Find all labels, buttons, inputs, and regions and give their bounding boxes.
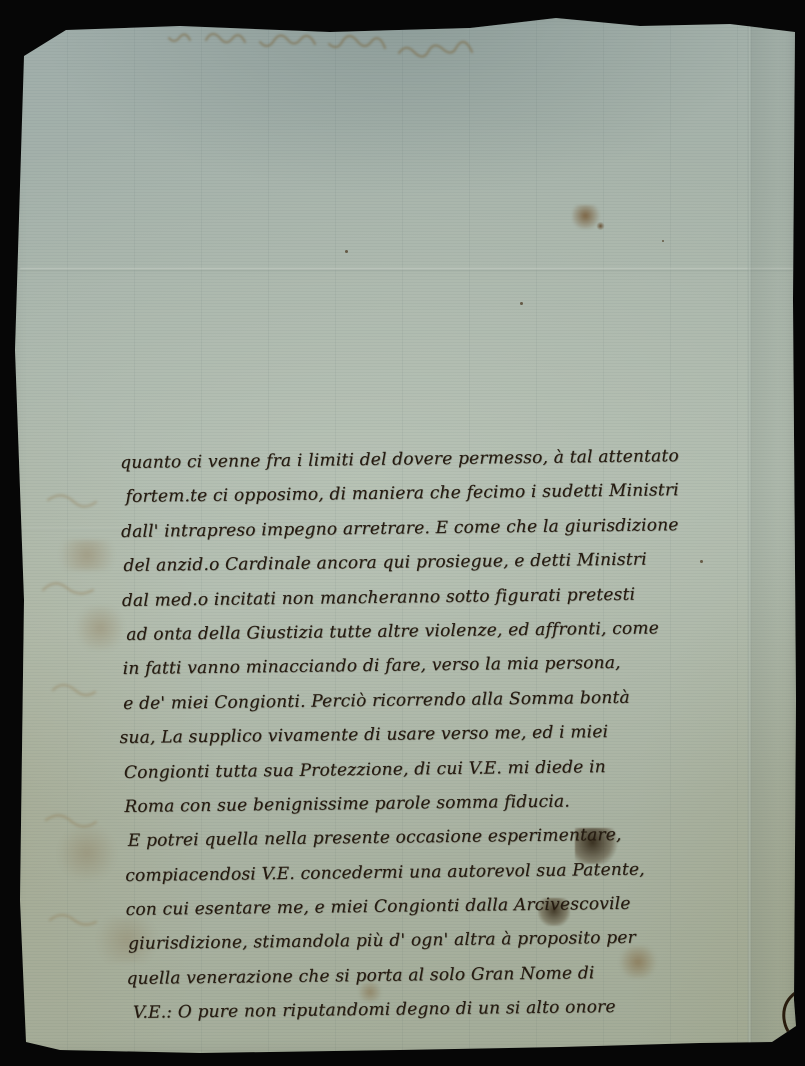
- paper-edge-shading: [0, 0, 805, 1066]
- manuscript-page: quanto ci venne fra i limiti del dovere …: [0, 0, 805, 1066]
- scanner-background: quanto ci venne fra i limiti del dovere …: [0, 0, 805, 1066]
